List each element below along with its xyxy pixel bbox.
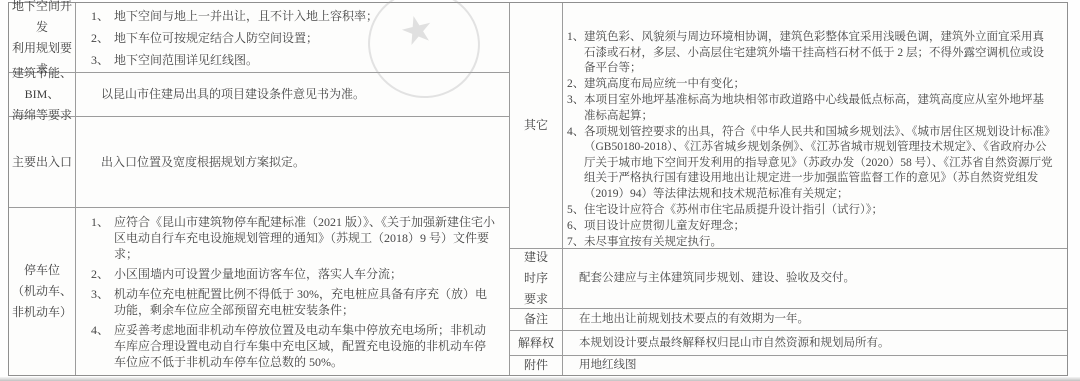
item-text: 本项目室外地坪基准标高为地块相邻市政道路中心线最低点标高，建筑高度应从室外地坪基… xyxy=(584,93,1053,124)
numbered-list: 1、 地下空间与地上一并出让，且不计入地上容积率； 2、 地下车位可按规定结合人… xyxy=(76,5,509,71)
list-item: 3、 地下空间范围详见红线图。 xyxy=(91,49,497,71)
row-text: 以昆山市住建局出具的项目建设条件意见书为准。 xyxy=(76,86,509,103)
row-main-entrance: 主要出入口 出入口位置及宽度根据规划方案拟定。 xyxy=(9,117,509,208)
left-table: 地下空间开发 利用规划要求 1、 地下空间与地上一并出让，且不计入地上容积率； … xyxy=(9,3,510,375)
list-item: 2、 建筑高度布局应统一中有变化； xyxy=(567,77,1053,93)
row-content: 在土地出让前规划技术要点的有效期为一年。 xyxy=(563,309,1067,330)
list-item: 3、 机动车位充电桩配置比例不得低于 30%，充电桩应具备有序充（放）电功能，剩… xyxy=(91,286,497,318)
row-interpretation-right: 解释权 本规划设计要点最终解释权归昆山市自然资源和规划局所有。 xyxy=(510,331,1067,356)
item-text: 机动车位充电桩配置比例不得低于 30%，充电桩应具备有序充（放）电功能，剩余车位… xyxy=(114,286,497,318)
list-item: 5、 住宅设计应符合《苏州市住宅品质提升设计指引（试行）》； xyxy=(567,203,1053,219)
row-parking: 停车位 （机动车、 非机动车） 1、 应符合《昆山市建筑物停车配建标准（2021… xyxy=(9,208,509,375)
row-label: 地下空间开发 利用规划要求 xyxy=(9,3,76,72)
row-label: 主要出入口 xyxy=(9,117,76,207)
list-item: 1、 建筑色彩、风貌须与周边环境相协调，建筑色彩整体宜采用浅暖色调，建筑外立面宜… xyxy=(567,30,1053,77)
numbered-list: 1、 应符合《昆山市建筑物停车配建标准（2021 版）》、《关于加强新建住宅小区… xyxy=(76,214,509,370)
row-content: 1、 应符合《昆山市建筑物停车配建标准（2021 版）》、《关于加强新建住宅小区… xyxy=(76,208,509,375)
row-content: 1、 建筑色彩、风貌须与周边环境相协调，建筑色彩整体宜采用浅暖色调，建筑外立面宜… xyxy=(563,3,1067,248)
list-item: 2、 小区围墙内可设置少量地面访客车位，落实人车分流； xyxy=(91,266,497,282)
list-item: 1、 地下空间与地上一并出让，且不计入地上容积率； xyxy=(91,5,497,27)
item-number: 7、 xyxy=(567,235,584,251)
row-energy-bim-sponge: 建筑节能、BIM、 海绵等要求 以昆山市住建局出具的项目建设条件意见书为准。 xyxy=(9,73,509,117)
row-text: 配套公建应与主体建筑同步规划、建设、验收及交付。 xyxy=(563,270,1067,287)
list-item: 3、 本项目室外地坪基准标高为地块相邻市政道路中心线最低点标高，建筑高度应从室外… xyxy=(567,93,1053,124)
planning-requirements-table: 地下空间开发 利用规划要求 1、 地下空间与地上一并出让，且不计入地上容积率； … xyxy=(8,2,1068,376)
item-number: 1、 xyxy=(567,30,584,77)
item-number: 2、 xyxy=(91,266,114,282)
item-text: 未尽事宜按有关规定执行。 xyxy=(584,235,1053,251)
row-label: 建筑节能、BIM、 海绵等要求 xyxy=(9,73,76,116)
row-text: 本规划设计要点最终解释权归昆山市自然资源和规划局所有。 xyxy=(563,335,1067,352)
item-number: 3、 xyxy=(91,49,114,71)
list-item: 4、 各项规划管控要求的出具，符合《中华人民共和国城乡规划法》、《城市居住区规划… xyxy=(567,125,1053,203)
item-text: 建筑色彩、风貌须与周边环境相协调，建筑色彩整体宜采用浅暖色调，建筑外立面宜采用真… xyxy=(584,30,1053,77)
item-text: 各项规划管控要求的出具，符合《中华人民共和国城乡规划法》、《城市居住区规划设计标… xyxy=(584,125,1053,203)
item-text: 建筑高度布局应统一中有变化； xyxy=(584,77,1053,93)
row-content: 出入口位置及宽度根据规划方案拟定。 xyxy=(76,117,509,207)
list-item: 2、 地下车位可按规定结合人防空间设置； xyxy=(91,27,497,49)
item-number: 4、 xyxy=(567,125,584,203)
item-text: 应符合《昆山市建筑物停车配建标准（2021 版）》、《关于加强新建住宅小区电动自… xyxy=(114,214,497,262)
row-attachment: 附件 用地红线图 xyxy=(510,356,1067,375)
item-text: 地下车位可按规定结合人防空间设置； xyxy=(114,27,497,49)
item-number: 6、 xyxy=(567,219,584,235)
item-number: 2、 xyxy=(567,77,584,93)
row-construction-sequence: 建设 时序 要求 配套公建应与主体建筑同步规划、建设、验收及交付。 xyxy=(510,249,1067,309)
row-label: 备注 xyxy=(510,309,563,330)
row-label: 其它 xyxy=(510,3,563,248)
item-text: 住宅设计应符合《苏州市住宅品质提升设计指引（试行）》； xyxy=(584,203,1053,219)
item-text: 应妥善考虑地面非机动车停放位置及电动车集中停放充电场所；非机动车库应合理设置电动… xyxy=(114,322,497,370)
item-number: 5、 xyxy=(567,203,584,219)
scanned-document-page: 地下空间开发 利用规划要求 1、 地下空间与地上一并出让，且不计入地上容积率； … xyxy=(0,0,1080,381)
row-content: 本规划设计要点最终解释权归昆山市自然资源和规划局所有。 xyxy=(563,331,1067,355)
row-content: 配套公建应与主体建筑同步规划、建设、验收及交付。 xyxy=(563,249,1067,308)
item-number: 1、 xyxy=(91,214,114,262)
item-text: 项目设计应贯彻儿童友好理念； xyxy=(584,219,1053,235)
row-content: 以昆山市住建局出具的项目建设条件意见书为准。 xyxy=(76,73,509,116)
row-label: 停车位 （机动车、 非机动车） xyxy=(9,208,76,375)
item-number: 3、 xyxy=(567,93,584,124)
row-other: 其它 1、 建筑色彩、风貌须与周边环境相协调，建筑色彩整体宜采用浅暖色调，建筑外… xyxy=(510,3,1067,249)
scan-edge-shadow xyxy=(0,377,1080,381)
row-content: 用地红线图 xyxy=(563,356,1067,375)
right-table: 其它 1、 建筑色彩、风貌须与周边环境相协调，建筑色彩整体宜采用浅暖色调，建筑外… xyxy=(510,3,1067,375)
item-number: 1、 xyxy=(91,5,114,27)
list-item: 4、 应妥善考虑地面非机动车停放位置及电动车集中停放充电场所；非机动车库应合理设… xyxy=(91,322,497,370)
row-text: 出入口位置及宽度根据规划方案拟定。 xyxy=(76,154,509,171)
row-label: 建设 时序 要求 xyxy=(510,249,563,308)
row-label: 附件 xyxy=(510,356,563,375)
list-item: 6、 项目设计应贯彻儿童友好理念； xyxy=(567,219,1053,235)
list-item: 7、 未尽事宜按有关规定执行。 xyxy=(567,235,1053,251)
row-underground-space: 地下空间开发 利用规划要求 1、 地下空间与地上一并出让，且不计入地上容积率； … xyxy=(9,3,509,73)
row-content: 1、 地下空间与地上一并出让，且不计入地上容积率； 2、 地下车位可按规定结合人… xyxy=(76,3,509,72)
item-number: 3、 xyxy=(91,286,114,318)
item-text: 地下空间与地上一并出让，且不计入地上容积率； xyxy=(114,5,497,27)
item-number: 4、 xyxy=(91,322,114,370)
numbered-list: 1、 建筑色彩、风貌须与周边环境相协调，建筑色彩整体宜采用浅暖色调，建筑外立面宜… xyxy=(563,3,1067,251)
row-label: 解释权 xyxy=(510,331,563,355)
row-remarks: 备注 在土地出让前规划技术要点的有效期为一年。 xyxy=(510,309,1067,331)
item-number: 2、 xyxy=(91,27,114,49)
item-text: 地下空间范围详见红线图。 xyxy=(114,49,497,71)
row-text: 用地红线图 xyxy=(563,357,1067,374)
row-text: 在土地出让前规划技术要点的有效期为一年。 xyxy=(563,311,1067,328)
list-item: 1、 应符合《昆山市建筑物停车配建标准（2021 版）》、《关于加强新建住宅小区… xyxy=(91,214,497,262)
item-text: 小区围墙内可设置少量地面访客车位，落实人车分流； xyxy=(114,266,497,282)
